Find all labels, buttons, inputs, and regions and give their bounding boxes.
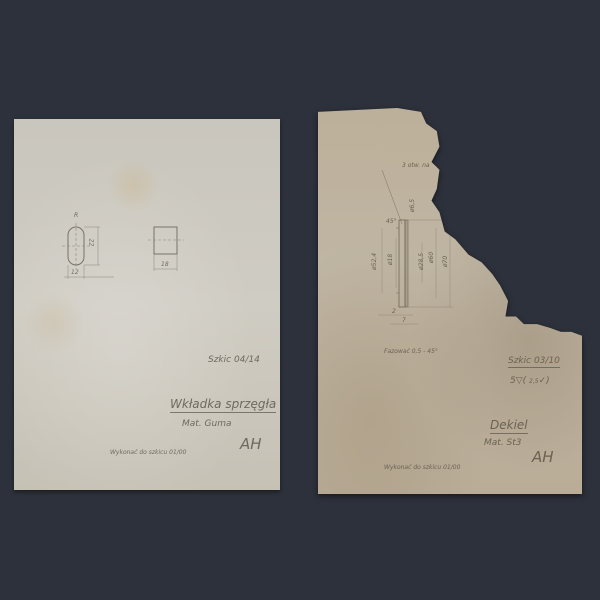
leader-label: 3 otw. na <box>402 162 430 169</box>
oval-width-dimension: 12 <box>71 269 79 276</box>
technical-drawing-cover <box>318 108 582 494</box>
part-title: Wkładka sprzęgła <box>170 397 276 413</box>
chamfer-note: Fazować 0,5 - 45° <box>384 348 438 355</box>
dim-2: 2 <box>392 308 396 315</box>
material-label: Mat. St3 <box>484 438 522 448</box>
signature: AH <box>532 448 554 466</box>
rect-width-dimension: 18 <box>161 261 169 268</box>
sheet-number: Szkic 04/14 <box>208 355 260 365</box>
dim-diameter-28: ø28,5 <box>418 253 425 270</box>
roughness-main: 5 <box>510 376 516 386</box>
roughness-other: 2,5 <box>529 378 539 385</box>
oval-radius-label: R <box>74 212 78 219</box>
dim-7: 7 <box>402 317 406 324</box>
drawing-sheet-right: 3 otw. na ø6,5 ø52,4 ø18 ø28,5 ø60 ø70 2… <box>318 108 582 494</box>
sheet-number: Szkic 03/10 <box>508 356 560 368</box>
drawing-sheet-left: R 22 12 18 Szkic 04/14 Wkładka sprzęgła … <box>14 119 280 490</box>
dim-diameter-18: ø18 <box>387 254 394 265</box>
dim-45-degree: 45° <box>386 218 397 225</box>
dim-hole-diameter: ø6,5 <box>409 199 416 212</box>
footer-note: Wykonać do szkicu 01/00 <box>110 449 186 456</box>
dim-diameter-52: ø52,4 <box>371 253 378 270</box>
part-title: Dekiel <box>490 418 528 434</box>
signature: AH <box>240 435 262 453</box>
footer-note: Wykonać do szkicu 01/00 <box>384 464 460 471</box>
roughness-symbol: 5▽( 2,5✓) <box>510 376 550 386</box>
dim-diameter-70: ø70 <box>442 256 449 267</box>
dim-diameter-60: ø60 <box>428 252 435 263</box>
material-label: Mat. Guma <box>182 419 232 429</box>
oval-height-dimension: 22 <box>87 239 94 247</box>
drawing-sheet-right-wrapper: 3 otw. na ø6,5 ø52,4 ø18 ø28,5 ø60 ø70 2… <box>318 108 584 496</box>
